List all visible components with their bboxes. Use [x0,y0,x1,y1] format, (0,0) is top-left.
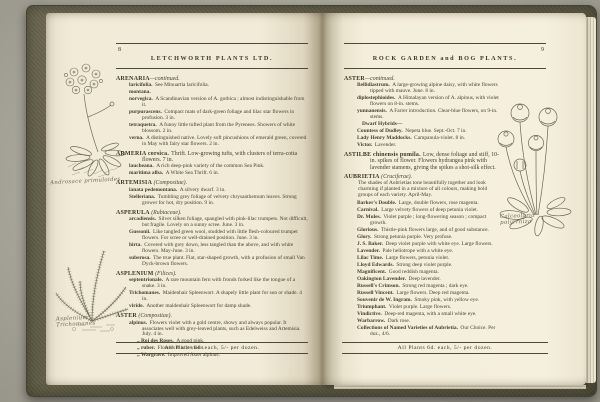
section-heading: ASTER—continued. [344,76,502,82]
entry-description: Dark rose. [388,318,410,324]
page-header: ROCK GARDEN and BOG PLANTS. 9 [344,43,546,69]
entry-description: Maidenhair Spleenwort. A shapely little … [142,290,302,302]
entry-description: A silvery dwarf. 3 in. [180,187,226,193]
genus-name: ASTER [344,76,365,82]
entry-description: Deep lavender. [408,276,440,282]
plant-entry: suberosa.The true plant. Flat, star-shap… [116,256,308,268]
page-stack-edges [586,17,596,383]
plant-section: ASTER—continued. Bellidiastrum.A large-g… [344,76,502,150]
entry-description: Another maidenhair Spleenwort for damp s… [146,303,251,309]
entry-list: septentrionale.A rare mountain fern with… [116,278,308,310]
entry-list: laricifolia.See Minuartia laricifolia. m… [116,83,308,148]
genus-name: ARTEMISIA [116,180,152,186]
genus-suffix: (Compositae). [137,313,172,319]
entry-name: Barker's Double. [357,200,396,206]
entry-description: Violet purple. Large flowers. [389,304,451,310]
plant-entry: purpurascens.Compact mats of dark-green … [116,110,308,122]
footer-text: All Plants 6d. each, 5/- per dozen. [165,345,260,351]
entry-name: J. S. Baker. [357,241,383,247]
entry-name: maritima alba. [129,170,163,176]
plant-section: AUBRIETIA (Cruciferae). The shades of Au… [344,174,502,338]
entry-name: Carnival. [357,207,379,213]
genus-suffix: (Filices). [154,271,177,277]
entry-description: Nepeta blue. Sept.-Oct. 7 in. [405,128,466,134]
genus-name: ARENARIA [116,76,150,82]
entry-description: The true plant. Flat, star-shaped growth… [142,255,305,267]
entry-description: Large flowers, petunia violet. [386,255,450,261]
plant-entry: tetraquetra.A funny little tufted plant … [116,123,308,135]
plant-entry: Trichomanes.Maidenhair Spleenwort. A sha… [116,291,308,303]
section-heading: ARMERIA corsica.Thrift. Low-growing tuft… [116,151,308,163]
entry-list: laucheana.A rich deep-pink variety of th… [116,164,308,177]
entry-name: viride. [129,303,144,309]
plant-entry: yunnanensis.A Farrer introduction. Clear… [344,109,502,121]
entry-name: Lilac Time. [357,255,383,261]
entry-name: Lady Henry Maddocks. [357,135,412,141]
entry-description: A White Sea Thrift. 6 in. [166,170,219,176]
plant-section: ARMERIA corsica.Thrift. Low-growing tuft… [116,151,308,178]
entry-name: Dwarf Hybrids— [362,121,402,127]
entry-name: hirta. [129,242,142,248]
entry-description: A distinguished native. Lovely soft pinc… [142,135,306,147]
genus-name: ARMERIA corsica. [116,151,169,157]
entry-description: Thistle-pink flowers large, and of good … [381,227,489,233]
plant-entry: Bellidiastrum.A large-growing alpine dai… [344,83,502,95]
genus-suffix: (Cruciferae). [380,174,412,180]
section-heading: ARENARIA—continued. [116,76,308,82]
entry-list: Barker's Double.Large, double flowers, r… [344,201,502,338]
plant-entry: verna.A distinguished native. Lovely sof… [116,136,308,148]
entry-description: Smoky pink, with yellow eye. [414,297,479,303]
entry-description: Lavender. [375,142,396,148]
section-heading: ASTILBE chinensis pumila.Low, dense foli… [344,152,502,170]
entry-description: Pale heliotrope with a white eye. [383,248,454,254]
entry-name: laricifolia. [129,82,153,88]
left-page: Androsace primuloides [46,13,322,385]
entry-name: Souvenir de W. Ingram. [357,297,412,303]
entry-name: montana. [129,89,151,95]
entry-name: lanata pedemontana. [129,187,177,193]
entry-description: Large, double flowers, rose magenta. [399,200,479,206]
entry-description: Strong petunia purple. Very profuse. [374,234,452,240]
genus-suffix: (Compositae). [152,180,187,186]
entry-description: A rich deep-pink variety of the common S… [156,163,264,169]
page-footer: All Plants 6d. each, 5/- per dozen. [342,342,548,355]
entry-name: Lloyd Edwards. [357,262,394,268]
entry-list: Bellidiastrum.A large-growing alpine dai… [344,83,502,149]
footer-text: All Plants 6d. each, 5/- per dozen. [398,345,493,351]
entry-description: Silver silken foliage, spangled with pin… [142,216,308,228]
entry-name: Glory. [357,234,372,240]
genus-suffix: (Rubiaceae). [150,210,182,216]
entry-description: Large velvety flowers of deep petunia vi… [381,207,478,213]
section-heading: ASTER (Compositae). [116,313,308,319]
plant-entry: Stelleriana.Tumbling grey foliage of vel… [116,195,308,207]
entry-description: Campanula-violet. 8 in. [414,135,465,141]
entry-name: Victor. [357,142,372,148]
plant-entry: Gussonii.Like tangled green wool, studde… [116,230,308,242]
plant-entry: maritima alba.A White Sea Thrift. 6 in. [116,171,308,177]
plant-entry: Dr. Mules.Violet purple ; long-flowering… [344,215,502,227]
entry-description: Compact mats of dark-green foliage and l… [142,109,294,121]
section-heading: ASPLENIUM (Filices). [116,271,308,277]
plant-entry: Collections of Named Varieties of Aubrie… [344,326,502,338]
plant-entry: Dwarf Hybrids— [344,122,502,128]
page-number: 8 [118,47,121,53]
entry-description: A Farrer introduction. Clear-blue flower… [370,108,497,120]
genus-suffix: —continued. [365,76,395,82]
page-header: 8 LETCHWORTH PLANTS LTD. [116,43,308,69]
entry-description: Violet purple ; long-flowering season ; … [370,214,486,226]
genus-name: ASTER [116,313,137,319]
entry-description: Covered with grey down, less tangled tha… [142,242,293,254]
plant-entry: norvegica.A Scandinavian version of A. g… [116,97,308,109]
entry-name: Lavender. [357,248,380,254]
page-stack-bottom-edges [334,385,586,389]
genus-name: ASPLENIUM [116,271,154,277]
entry-description: Strong red magenta ; dark eye. [402,283,468,289]
plant-entry: Victor.Lavender. [344,143,502,149]
plant-entry: hirta.Covered with grey down, less tangl… [116,243,308,255]
entry-description: Good reddish magenta. [389,269,439,275]
entry-description: See Minuartia laricifolia. [155,82,209,88]
genus-suffix: —continued. [150,76,180,82]
header-title: LETCHWORTH PLANTS LTD. [151,55,273,62]
plant-list: ARENARIA—continued. laricifolia.See Minu… [116,76,308,360]
page-footer: All Plants 6d. each, 5/- per dozen. [116,342,308,355]
entry-description: Deep-red magenta, with a small white eye… [384,311,476,317]
entry-description: A rare mountain fern with fronds forked … [142,277,295,289]
left-page-content: 8 LETCHWORTH PLANTS LTD. ARENARIA—contin… [116,43,308,362]
page-number: 9 [541,47,544,53]
entry-name: laucheana. [129,163,154,169]
plant-section: ARTEMISIA (Compositae). lanata pedemonta… [116,180,308,206]
plant-entry: arcadiensis.Silver silken foliage, spang… [116,217,308,229]
plant-entry: septentrionale.A rare mountain fern with… [116,278,308,290]
plant-entry: Vindictive.Deep-red magenta, with a smal… [344,312,502,318]
plant-section: ASTILBE chinensis pumila.Low, dense foli… [344,152,502,170]
plant-entry: „ Wargrave.Improved Aster alpinus. [116,353,308,359]
right-page-content: ROCK GARDEN and BOG PLANTS. 9 ASTER—cont… [344,43,546,341]
section-intro: The shades of Aubrietias tone beautifull… [344,181,502,199]
entry-description: Flowers violet with a gold centre, showy… [142,320,301,338]
entry-list: lanata pedemontana.A silvery dwarf. 3 in… [116,188,308,207]
plant-entry: diplostephioides.A Himalayan version of … [344,96,502,108]
plant-section: ASPERULA (Rubiaceae). arcadiensis.Silver… [116,210,308,268]
entry-name: Warbarrow. [357,318,385,324]
entry-name: Glorious. [357,227,378,233]
entry-name: Oakington Lavender. [357,276,406,282]
entry-description: Large flowers. Deep red magenta. [396,290,469,296]
entry-description: Like tangled green wool, studded with li… [142,229,298,241]
genus-name: AUBRIETIA [344,174,380,180]
plant-section: ASPLENIUM (Filices). septentrionale.A ra… [116,271,308,310]
plant-section: ARENARIA—continued. laricifolia.See Minu… [116,76,308,148]
entry-description: Tumbling grey foliage of velvety chrysan… [142,194,297,206]
entry-description: Strong deep violet purple. [396,262,452,268]
entry-description: A Scandinavian version of A. gothica ; a… [142,96,304,108]
entry-name: Magnificent. [357,269,386,275]
plant-entry: viride.Another maidenhair Spleenwort for… [116,304,308,310]
genus-name: ASPERULA [116,210,150,216]
section-heading: ASPERULA (Rubiaceae). [116,210,308,216]
right-page: Calceolaria polyrrhiza ROCK GARDEN and B… [322,13,586,385]
header-title: ROCK GARDEN and BOG PLANTS. [373,55,517,62]
entry-name: norvegica. [129,96,153,102]
plant-entry: alpinus.Flowers violet with a gold centr… [116,321,308,339]
entry-name: Russell's Crimson. [357,283,400,289]
entry-name: Triumphant. [357,304,386,310]
section-heading: AUBRIETIA (Cruciferae). [344,174,502,180]
entry-list: arcadiensis.Silver silken foliage, spang… [116,217,308,268]
plant-list: ASTER—continued. Bellidiastrum.A large-g… [344,76,546,338]
entry-description: Deep violet purple with white eye. Large… [386,241,493,247]
entry-name: Countess of Dudley. [357,128,403,134]
entry-name: Russell Vincent. [357,290,394,296]
section-heading: ARTEMISIA (Compositae). [116,180,308,186]
entry-description: A funny little tufted plant from the Pyr… [142,122,295,134]
entry-name: Vindictive. [357,311,382,317]
